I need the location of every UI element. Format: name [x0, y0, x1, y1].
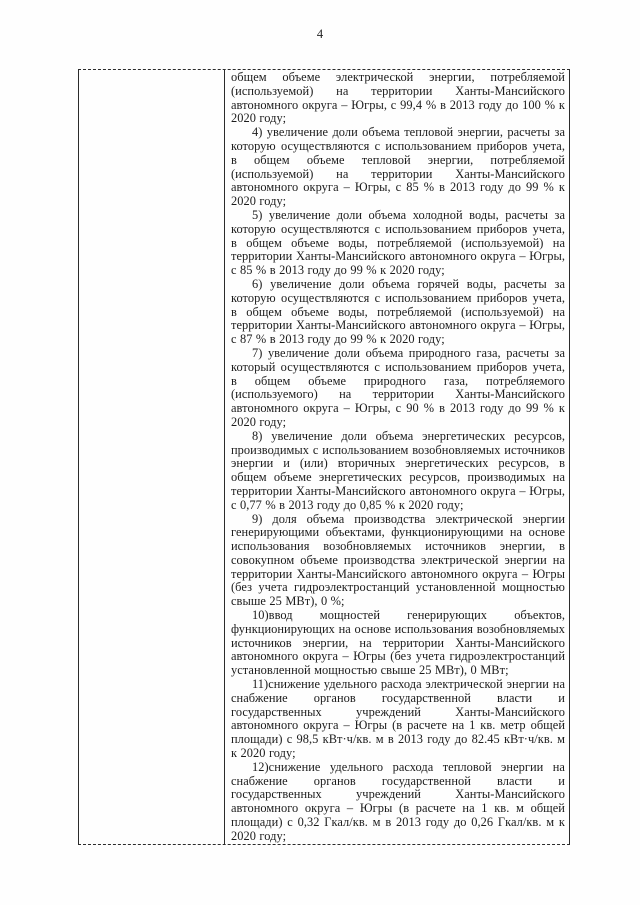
paragraph: 4) увеличение доли объема тепловой энерг…: [231, 126, 565, 209]
table-cell-right: общем объеме электрической энергии, потр…: [225, 70, 569, 844]
paragraph: общем объеме электрической энергии, потр…: [231, 71, 565, 126]
paragraph: 12)снижение удельного расхода тепловой э…: [231, 761, 565, 844]
paragraph: 6) увеличение доли объема горячей воды, …: [231, 278, 565, 347]
table-cell-left: [79, 70, 225, 844]
scanned-document-page: 4 общем объеме электрической энергии, по…: [0, 0, 640, 905]
paragraph: 9) доля объема производства электрическо…: [231, 513, 565, 610]
page-number: 4: [0, 27, 640, 42]
paragraph: 7) увеличение доли объема природного газ…: [231, 347, 565, 430]
document-table: общем объеме электрической энергии, потр…: [78, 69, 570, 845]
paragraph: 5) увеличение доли объема холодной воды,…: [231, 209, 565, 278]
paragraph: 11)снижение удельного расхода электричес…: [231, 678, 565, 761]
paragraph: 8) увеличение доли объема энергетических…: [231, 430, 565, 513]
paragraph: 10)ввод мощностей генерирующих объектов,…: [231, 609, 565, 678]
